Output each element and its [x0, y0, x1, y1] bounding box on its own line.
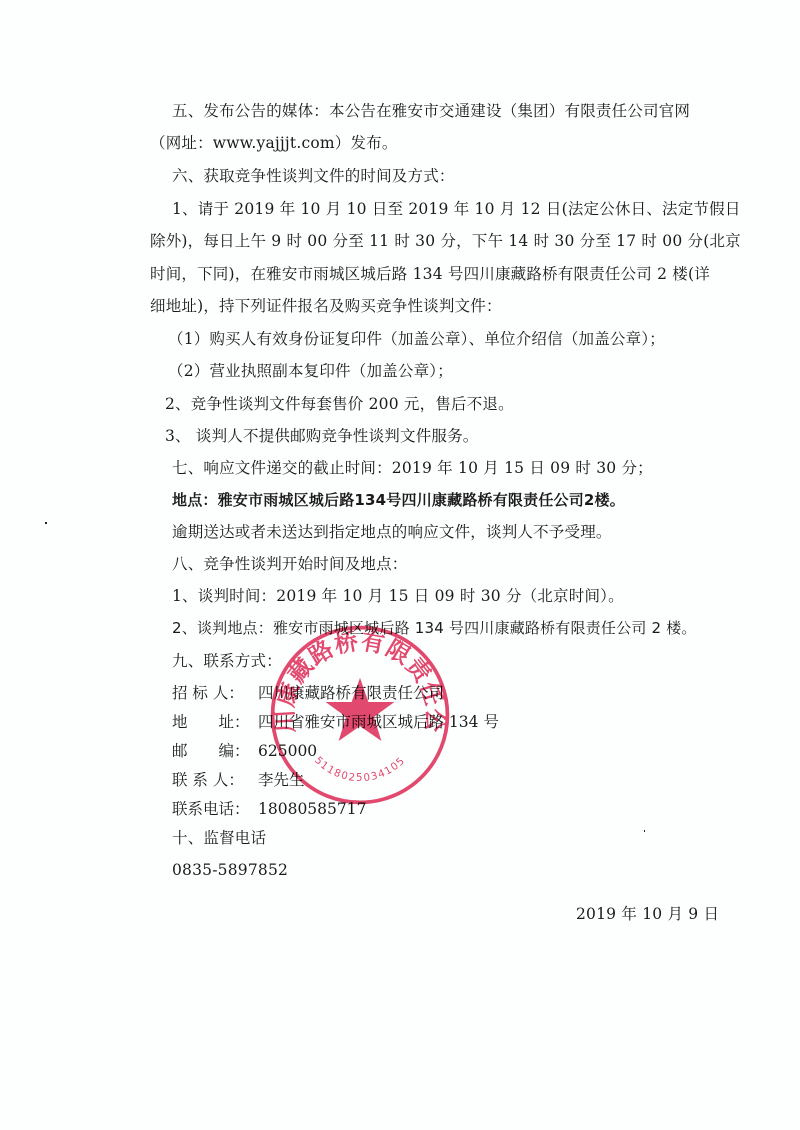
contact-label: 邮 编： [172, 741, 258, 761]
contact-row-person: 联 系 人：李先生 [172, 770, 305, 790]
contact-value: 18080585717 [258, 800, 366, 818]
seal-number: 5118025034105 [312, 755, 408, 784]
section-9-heading: 九、联系方式： [172, 651, 282, 671]
section-6-item-3: 3、 谈判人不提供邮购竞争性谈判文件服务。 [165, 426, 479, 446]
scan-speck [45, 522, 47, 524]
section-7-note: 逾期送达或者未送达到指定地点的响应文件，谈判人不予受理。 [172, 522, 612, 542]
contact-value: 李先生 [258, 771, 305, 789]
supervision-phone: 0835-5897852 [172, 860, 288, 880]
section-6-item-1-line-3: 时间，下同)，在雅安市雨城区城后路 134 号四川康藏路桥有限责任公司 2 楼(… [150, 264, 710, 284]
contact-value: 四川康藏路桥有限责任公司 [258, 684, 444, 702]
contact-value: 625000 [258, 742, 317, 760]
section-6-item-1-line-2: 除外)，每日上午 9 时 00 分至 11 时 30 分，下午 14 时 30 … [150, 231, 741, 251]
section-6-sub-item-2: （2）营业执照副本复印件（加盖公章）； [168, 361, 453, 381]
section-5-line-2: （网址：www.yajjjt.com）发布。 [150, 133, 398, 153]
section-8-heading: 八、竞争性谈判开始时间及地点： [172, 554, 408, 574]
contact-row-postcode: 邮 编：625000 [172, 741, 317, 761]
section-8-item-1: 1、谈判时间：2019 年 10 月 15 日 09 时 30 分（北京时间）。 [172, 586, 624, 606]
scan-speck [644, 830, 645, 832]
section-7-location: 地点：雅安市雨城区城后路134号四川康藏路桥有限责任公司2楼。 [172, 490, 625, 510]
section-6-item-1-line-4: 细地址)，持下列证件报名及购买竞争性谈判文件： [150, 296, 502, 316]
section-6-sub-item-1: （1）购买人有效身份证复印件（加盖公章）、单位介绍信（加盖公章）； [168, 329, 665, 349]
contact-row-tenderer: 招 标 人：四川康藏路桥有限责任公司 [172, 683, 444, 703]
section-10-heading: 十、监督电话 [172, 828, 266, 848]
contact-label: 地 址： [172, 712, 258, 732]
contact-label: 招 标 人： [172, 683, 258, 703]
contact-row-phone: 联系电话：18080585717 [172, 799, 366, 819]
document-date: 2019 年 10 月 9 日 [576, 904, 719, 924]
section-6-item-2: 2、竞争性谈判文件每套售价 200 元，售后不退。 [165, 394, 514, 414]
contact-value: 四川省雅安市雨城区城后路 134 号 [258, 713, 499, 731]
contact-label: 联系电话： [172, 799, 258, 819]
section-6-item-1-line-1: 1、请于 2019 年 10 月 10 日至 2019 年 10 月 12 日(… [172, 199, 741, 219]
section-7-heading: 七、响应文件递交的截止时间：2019 年 10 月 15 日 09 时 30 分… [172, 458, 653, 478]
document-page: 五、发布公告的媒体：本公告在雅安市交通建设（集团）有限责任公司官网 （网址：ww… [0, 0, 800, 1130]
svg-text:5118025034105: 5118025034105 [312, 755, 408, 784]
section-6-heading: 六、获取竞争性谈判文件的时间及方式： [172, 166, 455, 186]
contact-label: 联 系 人： [172, 770, 258, 790]
section-8-item-2: 2、谈判地点：雅安市雨城区城后路 134 号四川康藏路桥有限责任公司 2 楼。 [172, 618, 697, 638]
contact-row-address: 地 址：四川省雅安市雨城区城后路 134 号 [172, 712, 499, 732]
section-5-line-1: 五、发布公告的媒体：本公告在雅安市交通建设（集团）有限责任公司官网 [172, 101, 690, 121]
